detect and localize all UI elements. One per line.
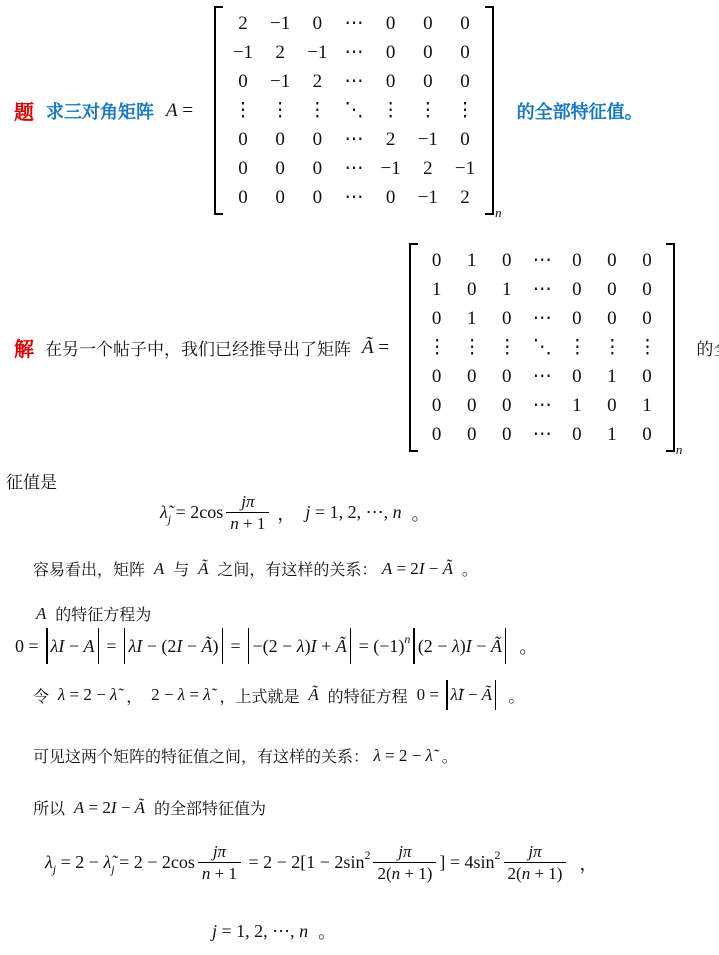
matrix-cell: 0 — [638, 420, 656, 449]
matrix-cell: 0 — [307, 154, 327, 183]
matrix-cell: 0 — [498, 246, 516, 275]
fraction-denominator: 2(n + 1) — [373, 862, 436, 884]
math-run: A — [84, 636, 95, 657]
matrix-cell: ⋮ — [418, 96, 438, 125]
math-run: jπ — [528, 842, 541, 861]
matrix-cell: 0 — [568, 275, 586, 304]
matrix-cell: 1 — [638, 391, 656, 420]
math-run: 之间，有这样的关系： — [208, 557, 381, 580]
math-run: 2 − — [151, 685, 178, 705]
matrix-cell: 1 — [603, 362, 621, 391]
math-run: + 1) — [400, 864, 432, 883]
para-let-substitution: 令 λ = 2 − λ̃ ， 2 − λ = λ̃ ，上式就是 Ã 的特征方程 … — [33, 680, 524, 710]
solution-continuation: 征值是 — [6, 468, 57, 493]
eq-characteristic: 0 = λI − A = λI − (2I − Ã) = −(2 − λ)I +… — [15, 628, 537, 664]
matrix-cell: ⋯ — [344, 125, 363, 154]
matrix-cell: −1 — [455, 154, 475, 183]
matrix-cell: −1 — [270, 67, 290, 96]
para-therefore: 所以 A = 2I − Ã 的全部特征值为 — [33, 796, 266, 819]
math-run: − — [117, 798, 135, 818]
matrix-cell: 0 — [428, 420, 446, 449]
matrix-cell: 0 — [463, 275, 481, 304]
superscript: 2 — [495, 848, 501, 863]
matrix-cell: 2 — [455, 183, 475, 212]
matrix-right-bracket — [666, 243, 675, 452]
matrix-atilde-grid: 010⋯000101⋯000010⋯000⋮⋮⋮⋱⋮⋮⋮000⋯010000⋯1… — [418, 243, 666, 452]
matrix-cell: ⋯ — [533, 246, 551, 275]
matrix-cell: 1 — [428, 275, 446, 304]
matrix-cell: ⋯ — [533, 420, 551, 449]
subscript: j — [111, 862, 114, 877]
math-run: 可见这两个矩阵的特征值之间，有这样的关系： — [33, 744, 373, 767]
math-run: = 2 − — [56, 852, 103, 873]
math-run: ， — [569, 850, 597, 876]
math-run: 0 = — [417, 685, 444, 705]
math-run: n — [522, 864, 531, 883]
matrix-cell: 2 — [270, 38, 290, 67]
math-run: ， — [117, 684, 151, 707]
document-page: 题 求三对角矩阵 A = 2−10⋯000−12−1⋯0000−12⋯000⋮⋮… — [0, 0, 719, 955]
math-run: λ — [452, 636, 460, 657]
math-run: λ̃ — [160, 502, 168, 523]
matrix-cell: 2 — [233, 9, 253, 38]
matrix-cell: 0 — [233, 154, 253, 183]
math-run: − — [182, 636, 201, 657]
matrix-cell: 0 — [380, 183, 400, 212]
matrix-cell: 0 — [233, 125, 253, 154]
eq-final-eigenvalues: λj = 2 − λ̃j = 2 − 2cosjπn + 1 = 2 − 2[1… — [45, 842, 597, 883]
superscript: n — [404, 632, 410, 647]
math-run: 与 — [164, 557, 198, 580]
determinant-bar — [505, 628, 506, 664]
math-run: = 2 − — [65, 685, 110, 705]
matrix-cell: ⋱ — [533, 333, 551, 362]
matrix-cell: 0 — [568, 246, 586, 275]
math-run: jπ — [241, 492, 254, 511]
matrix-cell: 2 — [418, 154, 438, 183]
matrix-a-name: A = — [166, 100, 198, 122]
math-run: λ̃ — [110, 685, 117, 705]
matrix-a-subscript: n — [495, 205, 502, 221]
matrix-cell: −1 — [380, 154, 400, 183]
math-run: n — [392, 864, 401, 883]
matrix-cell: 0 — [270, 125, 290, 154]
math-run: −(2 − — [252, 636, 296, 657]
eq-final-condition: j = 1, 2, ⋯, n 。 — [212, 918, 336, 944]
math-run: n — [230, 514, 239, 533]
determinant-bar — [446, 680, 447, 710]
math-run: = — [102, 636, 121, 657]
matrix-cell: ⋮ — [638, 333, 656, 362]
matrix-cell: 0 — [307, 125, 327, 154]
matrix-cell: ⋮ — [380, 96, 400, 125]
matrix-cell: 0 — [638, 275, 656, 304]
math-run: 。 — [453, 557, 478, 580]
matrix-cell: 0 — [455, 125, 475, 154]
math-run: Ã — [491, 636, 502, 657]
math-run: Ã — [135, 798, 145, 818]
fraction-numerator: jπ — [394, 842, 415, 862]
determinant-bar — [248, 628, 249, 664]
math-run: − — [424, 559, 442, 579]
matrix-cell: 2 — [307, 67, 327, 96]
matrix-cell: 0 — [638, 246, 656, 275]
matrix-cell: ⋮ — [603, 333, 621, 362]
matrix-cell: 0 — [568, 362, 586, 391]
math-run: 容易看出，矩阵 — [33, 557, 154, 580]
matrix-cell: 0 — [428, 391, 446, 420]
solution-label: 解 — [14, 333, 34, 362]
math-run: = — [185, 685, 203, 705]
math-run: ， — [272, 500, 305, 526]
matrix-cell: 1 — [498, 275, 516, 304]
math-run: Ã — [443, 559, 453, 579]
matrix-cell: 0 — [498, 362, 516, 391]
math-run: λ — [178, 685, 185, 705]
matrix-cell: 0 — [380, 38, 400, 67]
matrix-cell: 0 — [455, 67, 475, 96]
math-run: + — [317, 636, 336, 657]
math-run: A — [154, 559, 164, 579]
matrix-cell: 0 — [428, 246, 446, 275]
math-run: λ̃I — [451, 685, 464, 705]
math-run: n — [299, 921, 308, 942]
matrix-cell: 1 — [463, 304, 481, 333]
matrix-cell: 2 — [380, 125, 400, 154]
matrix-cell: 0 — [428, 362, 446, 391]
determinant-bar — [124, 628, 125, 664]
matrix-cell: −1 — [418, 183, 438, 212]
math-run: ) — [213, 636, 219, 657]
math-run: A — [382, 559, 392, 579]
matrix-cell: 0 — [638, 362, 656, 391]
superscript: 2 — [364, 848, 370, 863]
math-run: λ — [58, 685, 65, 705]
matrix-cell: 0 — [233, 183, 253, 212]
matrix-atilde-name: Ã = — [362, 337, 394, 359]
fraction: jπn + 1 — [198, 842, 241, 883]
problem-intro: 求三对角矩阵 — [46, 98, 154, 124]
math-run: = 2 − 2cos — [115, 852, 195, 873]
matrix-cell: −1 — [418, 125, 438, 154]
matrix-cell: 0 — [498, 391, 516, 420]
math-run: = 2 — [84, 798, 111, 818]
matrix-cell: ⋯ — [533, 304, 551, 333]
matrix-a-grid: 2−10⋯000−12−1⋯0000−12⋯000⋮⋮⋮⋱⋮⋮⋮000⋯2−10… — [223, 6, 485, 215]
matrix-cell: ⋮ — [498, 333, 516, 362]
matrix-cell: 0 — [233, 67, 253, 96]
matrix-cell: ⋮ — [568, 333, 586, 362]
matrix-cell: 0 — [307, 9, 327, 38]
math-run: ，上式就是 — [211, 684, 309, 707]
matrix-right-bracket — [485, 6, 494, 215]
matrix-cell: ⋮ — [270, 96, 290, 125]
fraction-numerator: jπ — [209, 842, 230, 862]
math-run: = 2 − 2[1 − 2sin — [244, 852, 364, 873]
matrix-cell: −1 — [270, 9, 290, 38]
math-run: 。 — [499, 684, 524, 707]
math-run: = — [226, 636, 245, 657]
matrix-atilde-subscript: n — [676, 442, 683, 458]
math-run: = 2cos — [171, 502, 223, 523]
math-run: = 1, 2, ⋯, — [310, 502, 392, 523]
matrix-cell: 0 — [270, 154, 290, 183]
math-run: 的全部特征值为 — [145, 796, 266, 819]
matrix-cell: 0 — [418, 38, 438, 67]
matrix-atilde-symbol: Ã — [362, 337, 374, 358]
fraction: jπn + 1 — [226, 492, 269, 533]
para-chareq-intro: A 的特征方程为 — [36, 602, 151, 625]
math-run: λ̃ — [426, 746, 433, 766]
matrix-cell: 1 — [603, 420, 621, 449]
matrix-cell: ⋯ — [533, 275, 551, 304]
math-run: 。 — [402, 500, 430, 526]
solution-outro: 的全部特 — [696, 335, 719, 360]
matrix-cell: 0 — [498, 304, 516, 333]
fraction-denominator: n + 1 — [198, 862, 241, 884]
matrix-cell: ⋯ — [344, 154, 363, 183]
matrix-cell: 0 — [603, 391, 621, 420]
math-run: = 2 — [392, 559, 419, 579]
matrix-cell: 0 — [498, 420, 516, 449]
matrix-left-bracket — [409, 243, 418, 452]
matrix-cell: 0 — [568, 304, 586, 333]
matrix-cell: ⋯ — [344, 9, 363, 38]
math-run: n — [393, 502, 402, 523]
problem-outro: 的全部特征值。 — [517, 98, 643, 124]
math-run: 2( — [377, 864, 391, 883]
math-run: = 2 − — [381, 746, 426, 766]
math-run: − — [464, 685, 482, 705]
math-run: (2 − — [418, 636, 452, 657]
matrix-cell: ⋮ — [428, 333, 446, 362]
math-run: 。 — [433, 744, 458, 767]
determinant-bar — [350, 628, 351, 664]
fraction-denominator: 2(n + 1) — [504, 862, 567, 884]
matrix-cell: −1 — [307, 38, 327, 67]
math-run: λ̃ — [203, 685, 210, 705]
determinant-bar — [222, 628, 223, 664]
problem-label: 题 — [14, 96, 34, 125]
equals-sign: = — [374, 337, 394, 358]
math-run: λ — [297, 636, 305, 657]
matrix-cell: 1 — [568, 391, 586, 420]
math-run: 0 = — [15, 636, 43, 657]
matrix-cell: ⋮ — [463, 333, 481, 362]
math-run: − (2 — [142, 636, 176, 657]
continuation-text: 征值是 — [6, 468, 57, 493]
matrix-cell: 0 — [418, 67, 438, 96]
determinant-bar — [495, 680, 496, 710]
math-run: A — [74, 798, 84, 818]
math-run: λ — [45, 852, 53, 873]
math-run: A — [36, 604, 46, 624]
math-run: λ — [373, 746, 380, 766]
matrix-cell: 0 — [270, 183, 290, 212]
math-run: 。 — [308, 918, 336, 944]
math-run: Ã — [202, 636, 213, 657]
math-run: λI — [51, 636, 65, 657]
math-run: jπ — [213, 842, 226, 861]
matrix-cell: 0 — [638, 304, 656, 333]
matrix-cell: 1 — [463, 246, 481, 275]
matrix-cell: ⋮ — [307, 96, 327, 125]
math-run: 的特征方程 — [319, 684, 417, 707]
math-run: λI — [128, 636, 142, 657]
math-run: Ã — [308, 685, 318, 705]
matrix-cell: 0 — [307, 183, 327, 212]
determinant-bar — [98, 628, 99, 664]
math-run: + 1 — [239, 514, 266, 533]
math-run: + 1) — [530, 864, 562, 883]
determinant-bar — [46, 628, 47, 664]
matrix-a: 2−10⋯000−12−1⋯0000−12⋯000⋮⋮⋮⋱⋮⋮⋮000⋯2−10… — [214, 6, 501, 215]
math-run: 所以 — [33, 796, 74, 819]
math-run: − — [64, 636, 83, 657]
math-run: ] = 4sin — [439, 852, 494, 873]
fraction-numerator: jπ — [237, 492, 258, 512]
matrix-cell: 0 — [568, 420, 586, 449]
matrix-cell: 0 — [455, 9, 475, 38]
matrix-cell: 0 — [463, 391, 481, 420]
math-run: − — [472, 636, 491, 657]
eq-eigenvalues-atilde: λ̃j = 2cosjπn + 1 ， j = 1, 2, ⋯, n 。 — [160, 492, 430, 533]
math-run: Ã — [482, 685, 492, 705]
matrix-cell: 0 — [380, 67, 400, 96]
para-relation: 容易看出，矩阵 A 与 Ã 之间，有这样的关系： A = 2I − Ã 。 — [33, 557, 478, 580]
math-run: + 1 — [210, 864, 237, 883]
para-eigenvalue-relation: 可见这两个矩阵的特征值之间，有这样的关系： λ = 2 − λ̃ 。 — [33, 744, 458, 767]
matrix-cell: −1 — [233, 38, 253, 67]
math-run: jπ — [398, 842, 411, 861]
matrix-cell: 0 — [428, 304, 446, 333]
matrix-cell: 0 — [455, 38, 475, 67]
matrix-atilde: 010⋯000101⋯000010⋯000⋮⋮⋮⋱⋮⋮⋮000⋯010000⋯1… — [409, 243, 682, 452]
matrix-cell: ⋯ — [344, 67, 363, 96]
matrix-cell: ⋮ — [455, 96, 475, 125]
matrix-cell: ⋯ — [344, 183, 363, 212]
math-run: 令 — [33, 684, 58, 707]
determinant-bar — [413, 628, 414, 664]
matrix-cell: ⋱ — [344, 96, 363, 125]
equals-sign: = — [178, 100, 198, 121]
math-run: λ̃ — [103, 852, 111, 873]
subscript: j — [168, 512, 171, 527]
math-run: 。 — [509, 633, 537, 659]
math-run: Ã — [198, 559, 208, 579]
fraction-denominator: n + 1 — [226, 512, 269, 534]
matrix-cell: ⋮ — [233, 96, 253, 125]
matrix-left-bracket — [214, 6, 223, 215]
matrix-cell: 0 — [603, 275, 621, 304]
subscript: j — [53, 862, 56, 877]
math-run: 2( — [508, 864, 522, 883]
fraction: jπ2(n + 1) — [504, 842, 567, 883]
math-run: Ã — [336, 636, 347, 657]
matrix-a-symbol: A — [166, 100, 178, 121]
matrix-cell: 0 — [463, 420, 481, 449]
matrix-cell: 0 — [463, 362, 481, 391]
solution-section: 解 在另一个帖子中，我们已经推导出了矩阵 Ã = 010⋯000101⋯0000… — [14, 243, 719, 452]
fraction-numerator: jπ — [524, 842, 545, 862]
matrix-cell: 0 — [603, 304, 621, 333]
solution-intro: 在另一个帖子中，我们已经推导出了矩阵 — [45, 335, 351, 360]
math-run: = (−1) — [354, 636, 404, 657]
math-run: 的特征方程为 — [46, 602, 151, 625]
matrix-cell: ⋯ — [533, 391, 551, 420]
matrix-cell: 0 — [603, 246, 621, 275]
matrix-cell: 0 — [418, 9, 438, 38]
matrix-cell: ⋯ — [533, 362, 551, 391]
fraction: jπ2(n + 1) — [373, 842, 436, 883]
matrix-cell: ⋯ — [344, 38, 363, 67]
problem-section: 题 求三对角矩阵 A = 2−10⋯000−12−1⋯0000−12⋯000⋮⋮… — [14, 6, 643, 215]
math-run: = 1, 2, ⋯, — [217, 921, 299, 942]
matrix-cell: 0 — [380, 9, 400, 38]
